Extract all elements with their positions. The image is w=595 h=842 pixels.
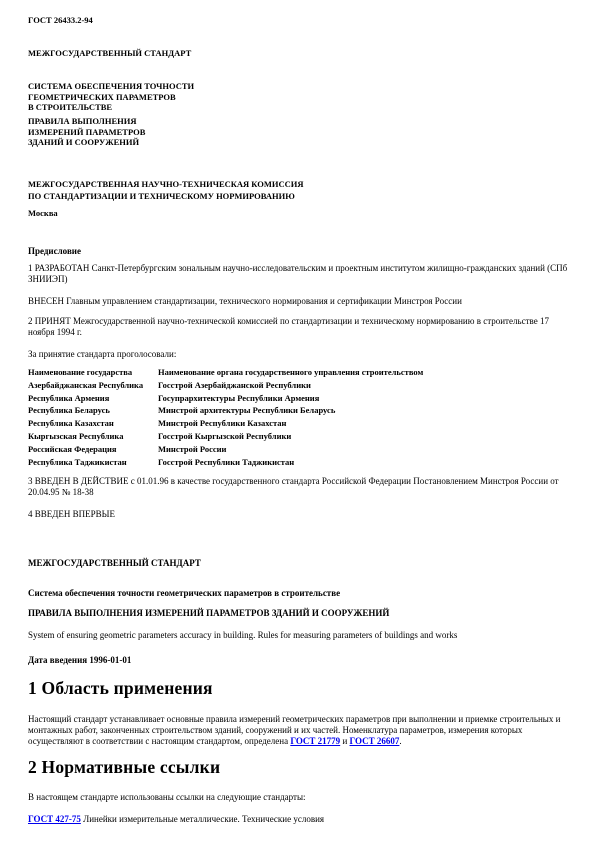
title-system-line: В СТРОИТЕЛЬСТВЕ [28,102,194,113]
foreword-p5: 4 ВВЕДЕН ВПЕРВЫЕ [28,509,115,520]
table-row: Республика Казахстан Минстрой Республики… [28,417,423,430]
agency-cell: Минстрой архитектуры Республики Беларусь [158,404,423,417]
title-rules-line: ИЗМЕРЕНИЙ ПАРАМЕТРОВ [28,127,145,138]
section-2-intro: В настоящем стандарте использованы ссылк… [28,792,568,803]
section-1-paragraph: Настоящий стандарт устанавливает основны… [28,714,573,747]
title-system-line: СИСТЕМА ОБЕСПЕЧЕНИЯ ТОЧНОСТИ [28,81,194,92]
vote-intro: За принятие стандарта проголосовали: [28,349,176,360]
table-header-agency: Наименование органа государственного упр… [158,366,423,379]
state-cell: Азербайджанская Республика [28,379,158,392]
commission-line: МЕЖГОСУДАРСТВЕННАЯ НАУЧНО-ТЕХНИЧЕСКАЯ КО… [28,179,304,191]
standard-title-en: System of ensuring geometric parameters … [28,630,568,641]
foreword-p4: 3 ВВЕДЕН В ДЕЙСТВИЕ с 01.01.96 в качеств… [28,476,568,498]
state-cell: Республика Таджикистан [28,456,158,469]
standard-type-label-2: МЕЖГОСУДАРСТВЕННЫЙ СТАНДАРТ [28,558,201,569]
title-rules-line: ЗДАНИЙ И СООРУЖЕНИЙ [28,137,145,148]
agency-cell: Госстрой Республики Таджикистан [158,456,423,469]
period-text: . [399,736,401,746]
city-label: Москва [28,208,58,219]
section-2-heading: 2 Нормативные ссылки [28,757,220,777]
table-header-state: Наименование государства [28,366,158,379]
state-cell: Кыргызская Республика [28,430,158,443]
section-1-heading: 1 Область применения [28,678,213,698]
conjunction-text: и [340,736,349,746]
agency-cell: Минстрой Республики Казахстан [158,417,423,430]
standard-type-label: МЕЖГОСУДАРСТВЕННЫЙ СТАНДАРТ [28,48,191,59]
commission-line: ПО СТАНДАРТИЗАЦИИ И ТЕХНИЧЕСКОМУ НОРМИРО… [28,191,304,203]
table-row: Республика Беларусь Минстрой архитектуры… [28,404,423,417]
standard-subtitle: Система обеспечения точности геометричес… [28,588,340,599]
reference-text: Линейки измерительные металлические. Тех… [81,814,324,824]
foreword-p3: 2 ПРИНЯТ Межгосударственной научно-техни… [28,316,568,338]
table-row: Кыргызская Республика Госстрой Кыргызско… [28,430,423,443]
state-cell: Республика Армения [28,392,158,405]
table-row: Республика Таджикистан Госстрой Республи… [28,456,423,469]
foreword-heading: Предисловие [28,246,81,257]
agency-cell: Госстрой Азербайджанской Республики [158,379,423,392]
agency-cell: Минстрой России [158,443,423,456]
document-page: ГОСТ 26433.2-94 МЕЖГОСУДАРСТВЕННЫЙ СТАНД… [0,0,595,842]
table-row: Российская Федерация Минстрой России [28,443,423,456]
doc-number: ГОСТ 26433.2-94 [28,15,93,26]
standard-title: ПРАВИЛА ВЫПОЛНЕНИЯ ИЗМЕРЕНИЙ ПАРАМЕТРОВ … [28,608,389,619]
foreword-p2: ВНЕСЕН Главным управлением стандартизаци… [28,296,568,307]
title-system-block: СИСТЕМА ОБЕСПЕЧЕНИЯ ТОЧНОСТИ ГЕОМЕТРИЧЕС… [28,81,194,113]
title-system-line: ГЕОМЕТРИЧЕСКИХ ПАРАМЕТРОВ [28,92,194,103]
table-row: Азербайджанская Республика Госстрой Азер… [28,379,423,392]
agency-cell: Госстрой Кыргызской Республики [158,430,423,443]
gost-26607-link[interactable]: ГОСТ 26607 [350,736,400,746]
commission-block: МЕЖГОСУДАРСТВЕННАЯ НАУЧНО-ТЕХНИЧЕСКАЯ КО… [28,179,304,202]
effective-date: Дата введения 1996-01-01 [28,655,131,666]
state-cell: Российская Федерация [28,443,158,456]
title-rules-line: ПРАВИЛА ВЫПОЛНЕНИЯ [28,116,145,127]
foreword-p1: 1 РАЗРАБОТАН Санкт-Петербургским зональн… [28,263,568,285]
state-cell: Республика Казахстан [28,417,158,430]
vote-table: Наименование государства Наименование ор… [28,366,423,468]
table-row: Наименование государства Наименование ор… [28,366,423,379]
gost-21779-link[interactable]: ГОСТ 21779 [290,736,340,746]
agency-cell: Госупрархитектуры Республики Армения [158,392,423,405]
state-cell: Республика Беларусь [28,404,158,417]
gost-427-75-link[interactable]: ГОСТ 427-75 [28,814,81,824]
table-row: Республика Армения Госупрархитектуры Рес… [28,392,423,405]
title-rules-block: ПРАВИЛА ВЫПОЛНЕНИЯ ИЗМЕРЕНИЙ ПАРАМЕТРОВ … [28,116,145,148]
reference-line: ГОСТ 427-75 Линейки измерительные металл… [28,814,568,825]
